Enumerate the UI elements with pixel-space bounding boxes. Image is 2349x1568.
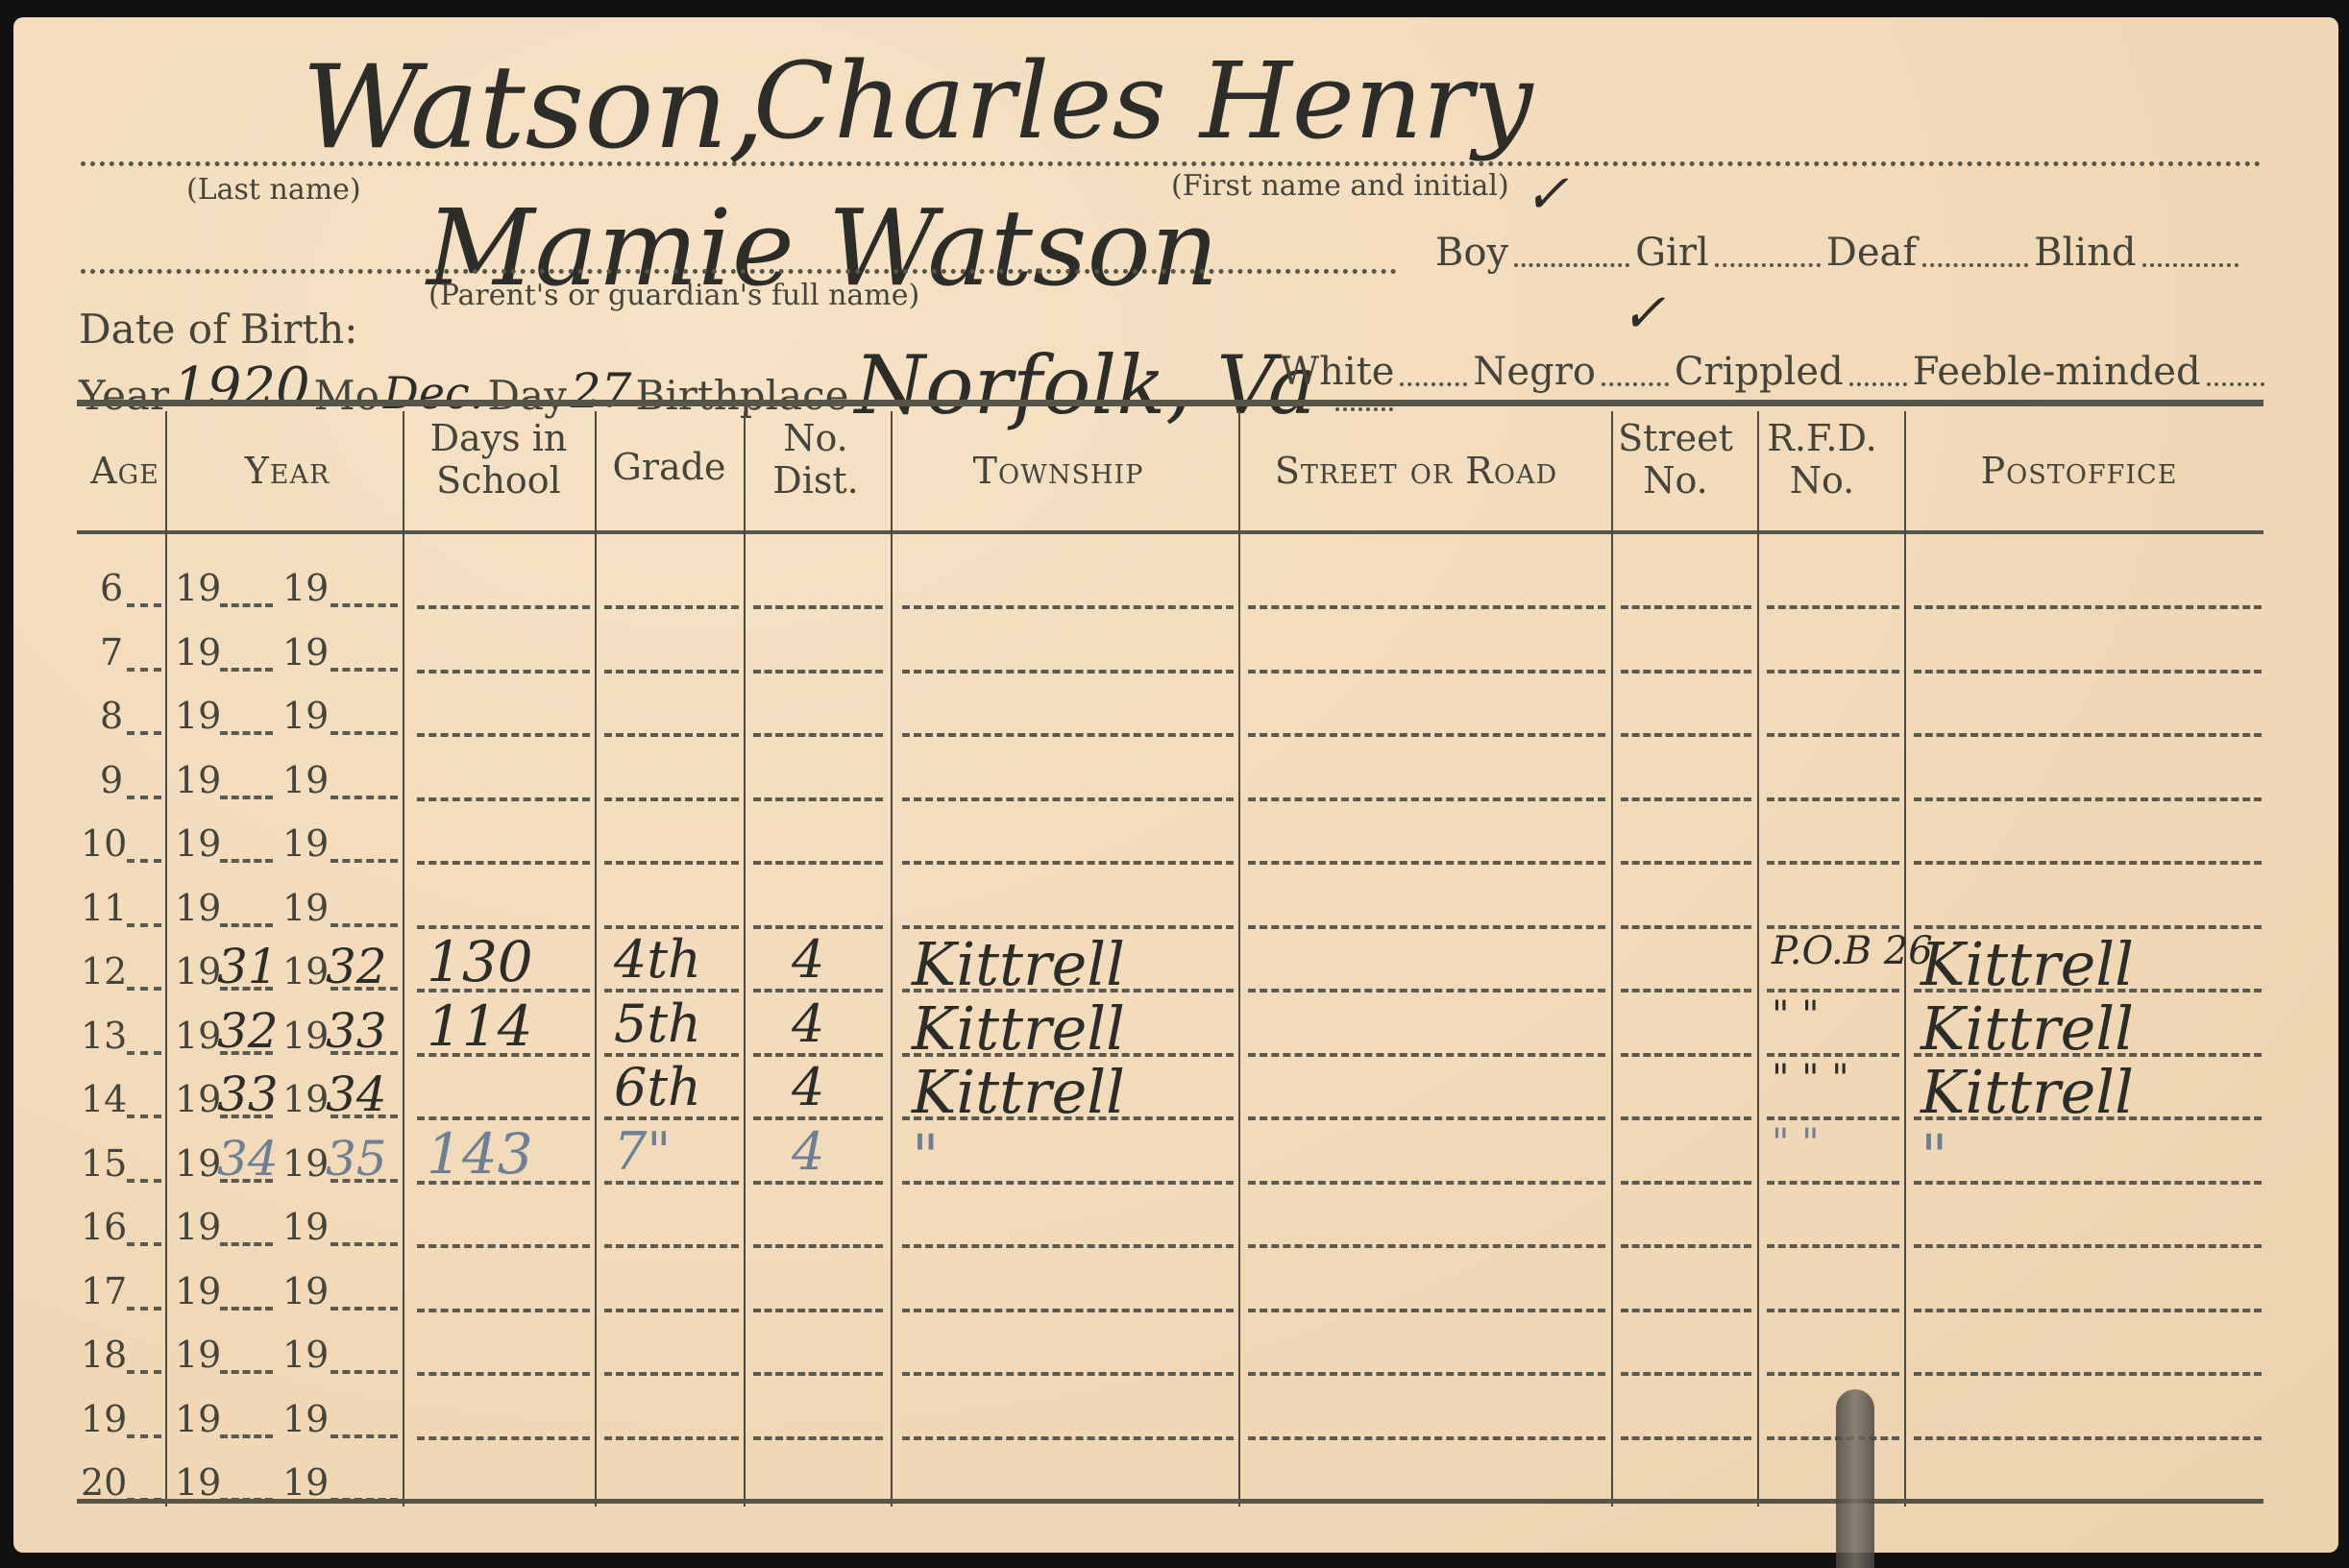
row-grade-line[interactable] xyxy=(604,1436,739,1440)
row-township-value: Kittrell xyxy=(912,993,1125,1064)
row-year-dots xyxy=(330,603,398,607)
row-rfd-line[interactable] xyxy=(1767,925,1899,929)
row-age: 11 xyxy=(81,887,127,929)
row-postoffice-value: Kittrell xyxy=(1921,993,2134,1064)
row-days-line[interactable] xyxy=(417,1116,590,1120)
row-street-line[interactable] xyxy=(1248,1181,1605,1185)
row-street_no-line[interactable] xyxy=(1621,1116,1751,1120)
row-year-start: 19 xyxy=(175,1206,221,1248)
category-white: White xyxy=(1280,350,1394,394)
row-year-end: 19 xyxy=(282,1270,329,1312)
row-township-value: " xyxy=(912,1121,940,1191)
filing-pin xyxy=(1836,1389,1874,1568)
row-age-dots xyxy=(127,987,161,991)
row-year-dots xyxy=(330,859,398,863)
row-street-line[interactable] xyxy=(1248,1436,1605,1440)
row-rfd-line[interactable] xyxy=(1767,1436,1899,1440)
row-rfd-line[interactable] xyxy=(1767,1053,1899,1057)
row-postoffice-line[interactable] xyxy=(1914,733,2262,737)
row-year-end: 19 xyxy=(282,631,329,674)
category-feeble-minded-blank[interactable] xyxy=(2207,350,2264,386)
row-dist-value: 4 xyxy=(792,929,824,990)
row-age: 18 xyxy=(81,1334,127,1376)
row-year-dots xyxy=(330,1051,398,1055)
row-street_no-line[interactable] xyxy=(1621,1309,1751,1312)
row-township-line[interactable] xyxy=(902,605,1234,609)
row-days-line[interactable] xyxy=(417,1372,590,1376)
category-blind: Blind xyxy=(2034,231,2136,275)
category-white-blank[interactable] xyxy=(1400,350,1467,386)
header-rfd-no: R.F.D. No. xyxy=(1748,417,1896,502)
row-postoffice-line[interactable] xyxy=(1914,1244,2262,1248)
row-year-start: 19 xyxy=(175,1142,221,1185)
guardian-label: (Parent's or guardian's full name) xyxy=(428,279,919,312)
category-row-1: Boy ✓ Girl Deaf Blind xyxy=(1435,231,2244,275)
row-year-end: 19 xyxy=(282,1398,329,1440)
birthplace-label: Birthplace xyxy=(635,372,848,419)
row-township-line[interactable] xyxy=(902,861,1234,865)
row-days-line[interactable] xyxy=(417,1436,590,1440)
row-township-value: Kittrell xyxy=(912,929,1125,999)
row-dist-line[interactable] xyxy=(753,1436,883,1440)
row-dist-value: 4 xyxy=(792,1057,824,1117)
row-year-end: 19 xyxy=(282,887,329,929)
row-year-dots xyxy=(220,1179,273,1183)
row-days-line[interactable] xyxy=(417,797,590,801)
row-days-value: 114 xyxy=(427,993,533,1059)
col-divider xyxy=(1611,411,1613,1507)
row-year-dots xyxy=(220,1242,273,1246)
category-negro-blank[interactable]: ✓ xyxy=(1602,350,1669,386)
row-year-dots xyxy=(220,1434,273,1438)
row-age: 13 xyxy=(81,1015,127,1057)
guardian-line xyxy=(81,269,1397,274)
row-year-end: 19 xyxy=(282,1015,329,1057)
row-age-dots xyxy=(127,1051,161,1055)
row-township-line[interactable] xyxy=(902,925,1234,929)
row-age-dots xyxy=(127,731,161,735)
year-label: Year xyxy=(79,372,169,419)
row-days-line[interactable] xyxy=(417,733,590,737)
row-age: 7 xyxy=(100,631,123,674)
row-rfd-line[interactable] xyxy=(1767,670,1899,674)
date-of-birth-heading: Date of Birth: xyxy=(79,306,357,353)
name-line xyxy=(81,161,2262,166)
row-age: 12 xyxy=(81,950,127,992)
row-grade-line[interactable] xyxy=(604,861,739,865)
row-rfd-line[interactable] xyxy=(1767,1181,1899,1185)
row-rfd-line[interactable] xyxy=(1767,1116,1899,1120)
row-postoffice-line[interactable] xyxy=(1914,1181,2262,1185)
row-year-dots xyxy=(220,796,273,799)
category-crippled-blank[interactable] xyxy=(1849,350,1907,386)
birthplace-value: Norfolk, Va xyxy=(855,352,1316,419)
row-postoffice-line[interactable] xyxy=(1914,797,2262,801)
row-year-dots xyxy=(330,731,398,735)
row-postoffice-line[interactable] xyxy=(1914,1309,2262,1312)
row-postoffice-value: Kittrell xyxy=(1921,929,2134,999)
row-age: 6 xyxy=(100,567,123,609)
row-year-end: 19 xyxy=(282,1461,329,1504)
row-street_no-line[interactable] xyxy=(1621,1053,1751,1057)
row-postoffice-value: Kittrell xyxy=(1921,1057,2134,1127)
row-street-line[interactable] xyxy=(1248,989,1605,992)
header-year: Year xyxy=(167,450,407,492)
row-postoffice-line[interactable] xyxy=(1914,1372,2262,1376)
school-census-card: Watson, Charles Henry (Last name) (First… xyxy=(13,17,2338,1553)
row-grade-line[interactable] xyxy=(604,925,739,929)
row-postoffice-line[interactable] xyxy=(1914,605,2262,609)
row-year-dots xyxy=(330,1242,398,1246)
row-rfd-line[interactable] xyxy=(1767,1372,1899,1376)
row-days-line[interactable] xyxy=(417,605,590,609)
row-year-dots xyxy=(220,1370,273,1374)
row-age: 15 xyxy=(81,1142,127,1185)
col-divider xyxy=(1757,411,1759,1507)
col-divider xyxy=(891,411,893,1507)
day-label: Day xyxy=(487,372,566,419)
row-days-line[interactable] xyxy=(417,1309,590,1312)
row-rfd-value: P.O.B 26 xyxy=(1772,929,1933,973)
row-rfd-line[interactable] xyxy=(1767,605,1899,609)
row-township-line[interactable] xyxy=(902,1436,1234,1440)
row-year-end: 19 xyxy=(282,759,329,801)
row-year-end: 19 xyxy=(282,822,329,865)
row-street-line[interactable] xyxy=(1248,733,1605,737)
row-rfd-line[interactable] xyxy=(1767,989,1899,992)
row-days-value: 130 xyxy=(427,929,533,994)
first-name-value: Charles Henry xyxy=(753,38,1532,163)
row-street_no-line[interactable] xyxy=(1621,989,1751,992)
row-year-dots xyxy=(220,923,273,927)
row-rfd-value: " " xyxy=(1772,1121,1820,1165)
col-divider xyxy=(1238,411,1240,1507)
category-crippled: Crippled xyxy=(1675,350,1844,394)
row-postoffice-value: " xyxy=(1921,1121,1948,1191)
row-year-end: 19 xyxy=(282,1142,329,1185)
row-street_no-line[interactable] xyxy=(1621,670,1751,674)
header-no-dist: No. Dist. xyxy=(744,417,888,502)
row-year-end: 19 xyxy=(282,567,329,609)
row-year-start: 19 xyxy=(175,887,221,929)
row-rfd-line[interactable] xyxy=(1767,861,1899,865)
row-dist-line[interactable] xyxy=(753,1244,883,1248)
birth-year-value: 1920 xyxy=(173,356,310,419)
row-year-start: 19 xyxy=(175,1015,221,1057)
row-street_no-line[interactable] xyxy=(1621,733,1751,737)
row-year-start: 19 xyxy=(175,1334,221,1376)
row-grade-value: 5th xyxy=(614,993,701,1054)
row-age-dots xyxy=(127,1179,161,1183)
row-street_no-line[interactable] xyxy=(1621,1372,1751,1376)
category-deaf: Deaf xyxy=(1826,231,1917,275)
row-dist-line[interactable] xyxy=(753,605,883,609)
row-township-line[interactable] xyxy=(902,1244,1234,1248)
row-age: 8 xyxy=(100,695,123,737)
row-dist-value: 4 xyxy=(792,1121,824,1182)
row-year-dots xyxy=(220,668,273,672)
last-name-value: Watson, xyxy=(302,46,765,171)
checkmark-icon: ✓ xyxy=(1524,163,1569,226)
row-dist-line[interactable] xyxy=(753,1372,883,1376)
row-year-start: 19 xyxy=(175,822,221,865)
row-year-dots xyxy=(330,1115,398,1118)
row-dist-value: 4 xyxy=(792,993,824,1054)
row-rfd-value: " " " xyxy=(1772,1057,1849,1101)
category-girl-blank[interactable] xyxy=(1715,231,1821,267)
row-township-line[interactable] xyxy=(902,1181,1234,1185)
row-grade-line[interactable] xyxy=(604,1309,739,1312)
row-year-start: 19 xyxy=(175,567,221,609)
col-divider xyxy=(595,411,597,1507)
row-year-end: 19 xyxy=(282,1078,329,1120)
row-year-dots xyxy=(330,668,398,672)
category-boy-blank[interactable]: ✓ xyxy=(1514,231,1629,267)
header-age: Age xyxy=(77,450,173,492)
checkmark-icon: ✓ xyxy=(1621,282,1666,345)
category-feeble-minded: Feeble-minded xyxy=(1913,350,2201,394)
header-street-no: Street No. xyxy=(1603,417,1748,502)
row-age-dots xyxy=(127,1115,161,1118)
row-postoffice-line[interactable] xyxy=(1914,1436,2262,1440)
header-days-in-school: Days in School xyxy=(403,417,595,502)
row-days-line[interactable] xyxy=(417,670,590,674)
row-age: 20 xyxy=(81,1461,127,1504)
row-year-dots xyxy=(220,987,273,991)
row-township-line[interactable] xyxy=(902,1309,1234,1312)
row-age: 10 xyxy=(81,822,127,865)
header-postoffice: Postoffice xyxy=(1896,450,2262,492)
row-age-dots xyxy=(127,796,161,799)
row-year-start: 19 xyxy=(175,1398,221,1440)
row-grade-value: 7" xyxy=(614,1121,671,1182)
row-age-dots xyxy=(127,1434,161,1438)
header-bottom-rule xyxy=(77,530,2263,534)
row-dist-line[interactable] xyxy=(753,797,883,801)
row-days-line[interactable] xyxy=(417,1244,590,1248)
row-rfd-value: " " xyxy=(1772,993,1820,1038)
category-blind-blank[interactable] xyxy=(2142,231,2239,267)
row-postoffice-line[interactable] xyxy=(1914,861,2262,865)
table-bottom-rule xyxy=(77,1499,2263,1504)
row-year-dots xyxy=(330,1307,398,1311)
header-grade: Grade xyxy=(595,446,744,488)
row-street-line[interactable] xyxy=(1248,797,1605,801)
row-street-line[interactable] xyxy=(1248,1244,1605,1248)
row-grade-value: 4th xyxy=(614,929,701,990)
row-age: 17 xyxy=(81,1270,127,1312)
row-dist-line[interactable] xyxy=(753,733,883,737)
last-name-label: (Last name) xyxy=(186,173,361,207)
row-grade-line[interactable] xyxy=(604,605,739,609)
col-divider xyxy=(165,411,167,1507)
row-street-line[interactable] xyxy=(1248,861,1605,865)
row-age-dots xyxy=(127,923,161,927)
row-age-dots xyxy=(127,859,161,863)
row-township-line[interactable] xyxy=(902,797,1234,801)
row-age-dots xyxy=(127,1242,161,1246)
row-street-line[interactable] xyxy=(1248,1053,1605,1057)
row-street_no-line[interactable] xyxy=(1621,1244,1751,1248)
row-street-line[interactable] xyxy=(1248,670,1605,674)
row-postoffice-line[interactable] xyxy=(1914,925,2262,929)
row-township-line[interactable] xyxy=(902,733,1234,737)
row-year-end: 19 xyxy=(282,950,329,992)
row-rfd-line[interactable] xyxy=(1767,1244,1899,1248)
row-township-value: Kittrell xyxy=(912,1057,1125,1127)
row-age: 14 xyxy=(81,1078,127,1120)
category-boy: Boy xyxy=(1435,231,1508,275)
row-year-dots xyxy=(220,1307,273,1311)
month-label: Mo xyxy=(314,372,379,419)
category-girl: Girl xyxy=(1635,231,1709,275)
row-year-start: 19 xyxy=(175,759,221,801)
row-year-dots xyxy=(330,1434,398,1438)
category-negro: Negro xyxy=(1473,350,1595,394)
row-grade-line[interactable] xyxy=(604,1244,739,1248)
birth-line: Year 1920 Mo Dec. Day 27 Birthplace Norf… xyxy=(79,352,1393,419)
row-year-start: 19 xyxy=(175,1078,221,1120)
row-street_no-line[interactable] xyxy=(1621,1436,1751,1440)
birth-month-value: Dec. xyxy=(383,367,484,419)
row-rfd-line[interactable] xyxy=(1767,797,1899,801)
row-year-start: 19 xyxy=(175,950,221,992)
row-year-start: 19 xyxy=(175,631,221,674)
header-top-rule xyxy=(77,400,2263,406)
row-township-line[interactable] xyxy=(902,1372,1234,1376)
row-year-dots xyxy=(220,859,273,863)
row-year-end: 19 xyxy=(282,1206,329,1248)
row-grade-value: 6th xyxy=(614,1057,701,1117)
row-year-end: 19 xyxy=(282,1334,329,1376)
row-year-dots xyxy=(220,1051,273,1055)
row-year-dots xyxy=(220,1115,273,1118)
row-year-dots xyxy=(220,731,273,735)
row-street_no-line[interactable] xyxy=(1621,1181,1751,1185)
row-days-line[interactable] xyxy=(417,861,590,865)
row-grade-line[interactable] xyxy=(604,670,739,674)
row-year-dots xyxy=(330,923,398,927)
row-age: 16 xyxy=(81,1206,127,1248)
row-days-value: 143 xyxy=(427,1121,533,1187)
row-street_no-line[interactable] xyxy=(1621,861,1751,865)
row-days-line[interactable] xyxy=(417,925,590,929)
row-age-dots xyxy=(127,603,161,607)
category-row-2: White Negro ✓ Crippled Feeble-minded xyxy=(1280,350,2270,394)
row-year-start: 19 xyxy=(175,1270,221,1312)
row-year-start: 19 xyxy=(175,1461,221,1504)
row-township-line[interactable] xyxy=(902,670,1234,674)
row-dist-line[interactable] xyxy=(753,670,883,674)
row-age-dots xyxy=(127,1370,161,1374)
row-street-line[interactable] xyxy=(1248,1309,1605,1312)
row-street-line[interactable] xyxy=(1248,605,1605,609)
header-street-or-road: Street or Road xyxy=(1229,450,1603,492)
row-dist-line[interactable] xyxy=(753,1309,883,1312)
category-deaf-blank[interactable] xyxy=(1922,231,2028,267)
row-street_no-line[interactable] xyxy=(1621,797,1751,801)
row-rfd-line[interactable] xyxy=(1767,733,1899,737)
row-year-start: 19 xyxy=(175,695,221,737)
row-grade-line[interactable] xyxy=(604,733,739,737)
row-street_no-line[interactable] xyxy=(1621,925,1751,929)
row-year-dots xyxy=(330,987,398,991)
row-year-end: 19 xyxy=(282,695,329,737)
row-postoffice-line[interactable] xyxy=(1914,670,2262,674)
row-year-dots xyxy=(220,603,273,607)
row-year-dots xyxy=(330,1179,398,1183)
col-divider xyxy=(403,411,404,1507)
header-township: Township xyxy=(888,450,1229,492)
row-street-line[interactable] xyxy=(1248,1372,1605,1376)
row-grade-line[interactable] xyxy=(604,797,739,801)
row-street-line[interactable] xyxy=(1248,1116,1605,1120)
row-age: 9 xyxy=(100,759,123,801)
row-street-line[interactable] xyxy=(1248,925,1605,929)
row-age-dots xyxy=(127,1307,161,1311)
row-year-dots xyxy=(330,1370,398,1374)
row-rfd-line[interactable] xyxy=(1767,1309,1899,1312)
row-age: 19 xyxy=(81,1398,127,1440)
row-age-dots xyxy=(127,668,161,672)
row-grade-line[interactable] xyxy=(604,1372,739,1376)
row-street_no-line[interactable] xyxy=(1621,605,1751,609)
birth-day-value: 27 xyxy=(571,363,632,419)
row-dist-line[interactable] xyxy=(753,861,883,865)
row-year-dots xyxy=(330,796,398,799)
col-divider xyxy=(744,411,746,1507)
first-name-label: (First name and initial) xyxy=(1171,169,1509,203)
row-dist-line[interactable] xyxy=(753,925,883,929)
